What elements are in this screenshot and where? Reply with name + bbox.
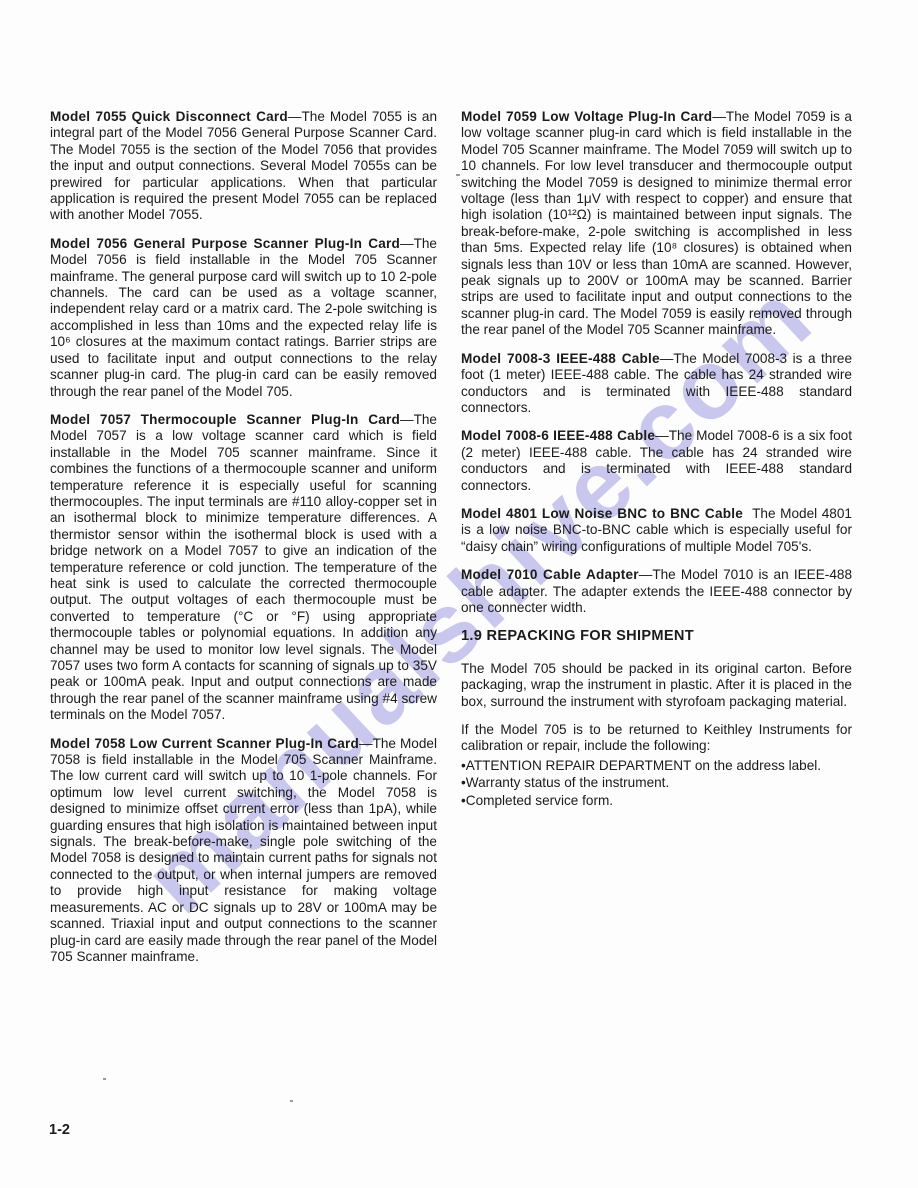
- heading-dash: —: [639, 567, 653, 582]
- page-number: 1-2: [49, 1122, 70, 1138]
- model-7008-3-heading: Model 7008-3 IEEE-488 Cable: [461, 351, 660, 366]
- model-7057-body: The Model 7057 is a low voltage scanner …: [50, 412, 437, 722]
- model-7056-body: The Model 7056 is field installable in t…: [50, 236, 437, 399]
- heading-dash: —: [400, 236, 414, 251]
- model-7058-body: The Model 7058 is field installable in t…: [50, 736, 437, 964]
- paragraph-model-7057: Model 7057 Thermocouple Scanner Plug-In …: [50, 412, 437, 724]
- heading-dash: —: [400, 412, 414, 427]
- model-7055-body: The Model 7055 is an integral part of th…: [50, 109, 437, 222]
- section-heading-repacking: 1.9 REPACKING FOR SHIPMENT: [461, 628, 852, 644]
- paragraph-repacking-2: If the Model 705 is to be returned to Ke…: [461, 722, 852, 755]
- paragraph-model-7058: Model 7058 Low Current Scanner Plug-In C…: [50, 736, 437, 966]
- model-7010-heading: Model 7010 Cable Adapter: [461, 567, 639, 582]
- paragraph-model-7059: Model 7059 Low Voltage Plug-In Card—The …: [461, 109, 852, 339]
- heading-dash: —: [660, 351, 674, 366]
- model-7057-heading: Model 7057 Thermocouple Scanner Plug-In …: [50, 412, 400, 427]
- heading-dash: —: [359, 736, 373, 751]
- scan-speck: [456, 174, 460, 176]
- bullet-warranty-status: •Warranty status of the instrument.: [461, 774, 852, 791]
- paragraph-model-7055: Model 7055 Quick Disconnect Card—The Mod…: [50, 109, 437, 224]
- right-column: Model 7059 Low Voltage Plug-In Card—The …: [461, 109, 852, 809]
- model-4801-heading: Model 4801 Low Noise BNC to BNC Cable: [461, 506, 743, 521]
- paragraph-model-7008-6: Model 7008-6 IEEE-488 Cable—The Model 70…: [461, 428, 852, 494]
- heading-dash: —: [655, 428, 669, 443]
- model-7058-heading: Model 7058 Low Current Scanner Plug-In C…: [50, 736, 359, 751]
- heading-dash: —: [712, 109, 726, 124]
- paragraph-model-7010: Model 7010 Cable Adapter—The Model 7010 …: [461, 567, 852, 616]
- model-7059-body: The Model 7059 is a low voltage scanner …: [461, 109, 852, 337]
- model-7059-heading: Model 7059 Low Voltage Plug-In Card: [461, 109, 712, 124]
- model-7055-heading: Model 7055 Quick Disconnect Card: [50, 109, 288, 124]
- heading-gap: [743, 506, 752, 521]
- paragraph-repacking-1: The Model 705 should be packed in its or…: [461, 661, 852, 710]
- paragraph-model-4801: Model 4801 Low Noise BNC to BNC Cable Th…: [461, 506, 852, 555]
- left-column: Model 7055 Quick Disconnect Card—The Mod…: [50, 109, 437, 977]
- scan-speck: [103, 1078, 106, 1080]
- model-7056-heading: Model 7056 General Purpose Scanner Plug-…: [50, 236, 400, 251]
- model-7008-6-heading: Model 7008-6 IEEE-488 Cable: [461, 428, 655, 443]
- paragraph-model-7056: Model 7056 General Purpose Scanner Plug-…: [50, 236, 437, 400]
- scanned-manual-page: manualshive.com Model 7055 Quick Disconn…: [0, 0, 918, 1188]
- scan-speck: [290, 1100, 293, 1102]
- bullet-completed-service-form: •Completed service form.: [461, 792, 852, 809]
- heading-dash: —: [288, 109, 302, 124]
- bullet-attention-repair: •ATTENTION REPAIR DEPARTMENT on the addr…: [461, 757, 852, 774]
- paragraph-model-7008-3: Model 7008-3 IEEE-488 Cable—The Model 70…: [461, 351, 852, 417]
